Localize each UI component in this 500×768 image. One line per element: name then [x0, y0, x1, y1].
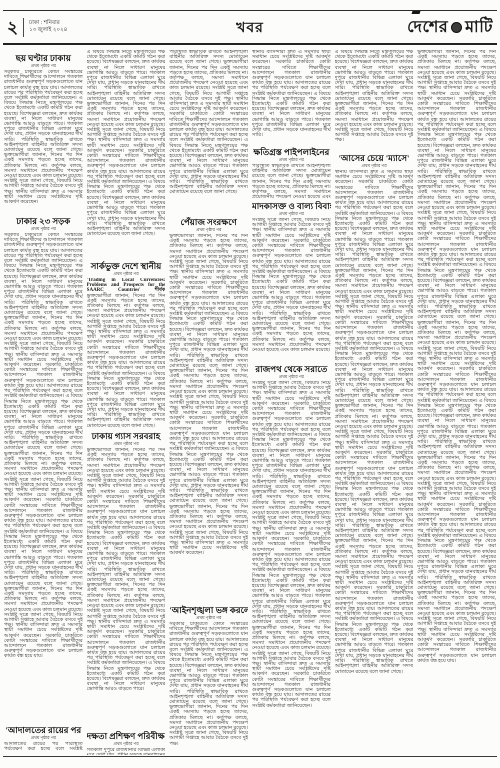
- article-body-text: 'Trading in Local Currencies: Problems a…: [87, 278, 166, 428]
- continued-from-front-note: প্রথম পৃষ্ঠার পর: [4, 226, 83, 231]
- article-headline: 'আসের চেয়ে 'ম্যাসে': [335, 153, 414, 163]
- continued-from-front-note: প্রথম পৃষ্ঠার পর: [87, 271, 166, 276]
- folio-block: ২ ঢাকা : শনিবার ১৩ জুলাই ২০২৪: [7, 18, 67, 37]
- section-title: খবর: [236, 16, 264, 40]
- article-headline: সার্কভুক্ত দেশে স্থানীয়: [87, 261, 166, 271]
- newspaper-masthead: দেশের মাটি: [407, 14, 493, 41]
- article-body-text: এ বিষয়ে সিদ্ধান্ত নিতে মন্ত্রণালয়ের পক…: [335, 50, 414, 150]
- news-column-2: এ বিষয়ে সিদ্ধান্ত নিতে মন্ত্রণালয়ের পক…: [87, 50, 166, 755]
- globe-icon: [451, 22, 462, 33]
- news-column-5: এ বিষয়ে সিদ্ধান্ত নিতে মন্ত্রণালয়ের পক…: [335, 50, 414, 755]
- article-body-text: এ বিষয়ে সিদ্ধান্ত নিতে মন্ত্রণালয়ের পক…: [87, 50, 166, 258]
- folio-divider: [23, 18, 24, 37]
- news-column-3: পরিস্থিতি স্বাভাবিক রাখতে আইনশৃঙ্খলা বাহ…: [169, 50, 248, 755]
- article-body-text: আদালতের রায়ের পর পরিস্থিতি পর্যবেক্ষণ ক…: [4, 742, 83, 750]
- continued-from-front-note: প্রথম পৃষ্ঠার পর: [252, 157, 331, 162]
- continued-from-front-note: প্রথম পৃষ্ঠার পর: [4, 735, 83, 740]
- article-body-text: পরিস্থিতি স্বাভাবিক রাখতে আইনশৃঙ্খলা বাহ…: [252, 164, 331, 198]
- news-column-1: ছয় ঘণ্টার ঢাকায়প্রথম পৃষ্ঠার পরসরকারি …: [4, 50, 83, 755]
- continued-from-front-note: প্রথম পৃষ্ঠার পর: [169, 227, 248, 232]
- page-number: ২: [7, 19, 18, 36]
- dateline-place-day: ঢাকা : শনিবার: [29, 20, 67, 27]
- continued-from-front-note: প্রথম পৃষ্ঠার পর: [335, 163, 414, 168]
- continued-from-front-note: প্রথম পৃষ্ঠার পর: [4, 63, 83, 68]
- continued-from-front-note: প্রথম পৃষ্ঠার পর: [169, 615, 248, 620]
- news-column-4: স্থানীয় বাসিন্দারা দ্রুত এ সমস্যার স্থা…: [252, 50, 331, 755]
- article-body-text: সরকারি চাকরিতে কোটা সংস্কারের দাবিতে শিক…: [169, 622, 248, 752]
- continued-from-front-note: প্রথম পৃষ্ঠার পর: [87, 441, 166, 446]
- page-header: ২ ঢাকা : শনিবার ১৩ জুলাই ২০২৪ খবর দেশের …: [3, 11, 497, 43]
- continued-from-front-note: প্রথম পৃষ্ঠার পর: [252, 211, 331, 216]
- article-body-text: ভুক্তভোগীরা জানান, দিনের পর দিন একই সমস্…: [87, 448, 166, 728]
- masthead-word-1: দেশের: [407, 14, 448, 41]
- article-headline: ছয় ঘণ্টার ঢাকায়: [4, 53, 83, 63]
- continued-from-front-note: প্রথম পৃষ্ঠার পর: [87, 741, 166, 746]
- article-headline: রাজপথ থেকে সরাতে: [252, 364, 331, 374]
- article-body-text: সরকারি চাকরিতে কোটা সংস্কারের দাবিতে শিক…: [4, 70, 83, 213]
- article-body-text: সংশ্লিষ্ট সূত্রে জানা গেছে, বিষয়টি নিয়…: [252, 218, 331, 361]
- article-lead-english: 'Trading in Local Currencies: Problems a…: [87, 278, 166, 293]
- article-headline: 'আইনশৃঙ্খলা ভঙ্গ করলে: [169, 605, 248, 615]
- dateline: ঢাকা : শনিবার ১৩ জুলাই ২০২৪: [29, 20, 67, 34]
- article-body-text: ভুক্তভোগীরা জানান, দিনের পর দিন একই সমস্…: [417, 50, 496, 755]
- article-headline: ঢাকায় গ্যাস সরবরাহ: [87, 431, 166, 441]
- article-body-text: সংশ্লিষ্ট সূত্রে জানা গেছে, বিষয়টি নিয়…: [252, 381, 331, 751]
- article-body-text: স্থানীয় বাসিন্দারা দ্রুত এ সমস্যার স্থা…: [335, 170, 414, 755]
- masthead-word-2: মাটি: [465, 14, 493, 41]
- article-headline: ঢাকার ২৩ সড়ক: [4, 216, 83, 226]
- continued-from-front-note: প্রথম পৃষ্ঠার পর: [252, 374, 331, 379]
- article-headline: মাদকাসক্ত ও বাল্য বিবাহ: [252, 201, 331, 211]
- article-body-text: ভুক্তভোগীরা জানান, দিনের পর দিন একই সমস্…: [169, 234, 248, 602]
- columns: ছয় ঘণ্টার ঢাকায়প্রথম পৃষ্ঠার পরসরকারি …: [3, 50, 497, 755]
- flag-icon: [412, 11, 421, 14]
- article-body-text: গতকাল দুপুরে রাজধানীর বিভিন্ন এলাকা ঘুরে…: [87, 748, 166, 755]
- news-column-6: ভুক্তভোগীরা জানান, দিনের পর দিন একই সমস্…: [417, 50, 496, 755]
- bottom-rule: [3, 756, 497, 757]
- header-rule: [3, 43, 497, 45]
- article-body-text: পরিস্থিতি স্বাভাবিক রাখতে আইনশৃঙ্খলা বাহ…: [169, 50, 248, 214]
- article-headline: পেঁয়াজ সংরক্ষণে: [169, 217, 248, 227]
- dateline-date: ১৩ জুলাই ২০২৪: [29, 27, 67, 34]
- article-body-text: স্থানীয় বাসিন্দারা দ্রুত এ সমস্যার স্থা…: [252, 50, 331, 144]
- article-headline: ক্ষতিগ্রস্ত পাইপলাইনের: [252, 147, 331, 157]
- newspaper-page: ২ ঢাকা : শনিবার ১৩ জুলাই ২০২৪ খবর দেশের …: [0, 0, 500, 768]
- article-headline: 'আদালতের রায়ের পর: [4, 725, 83, 735]
- article-headline: দক্ষতা প্রশিক্ষণ পরিবীক্ষণ: [87, 731, 166, 741]
- article-body-text: সরকারি চাকরিতে কোটা সংস্কারের দাবিতে শিক…: [4, 233, 83, 722]
